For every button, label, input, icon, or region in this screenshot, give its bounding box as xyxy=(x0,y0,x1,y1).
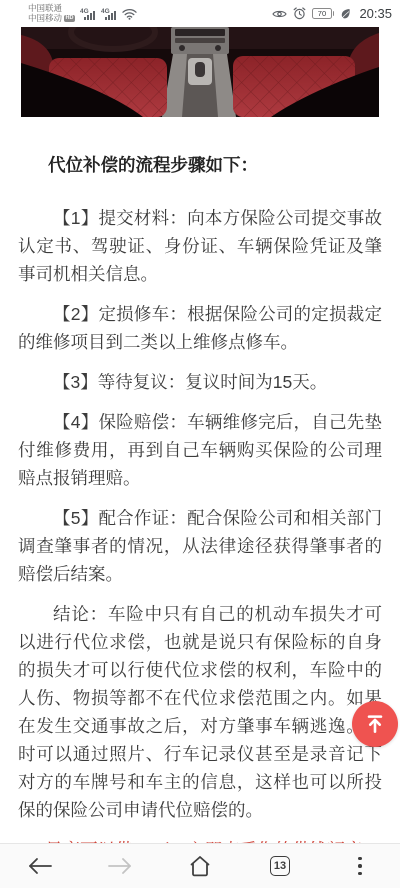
tab-count: 13 xyxy=(274,860,286,872)
alarm-clock-icon xyxy=(293,7,306,20)
more-menu-button[interactable] xyxy=(330,844,390,888)
status-time: 20:35 xyxy=(359,6,392,21)
article-heading: 代位补偿的流程步骤如下： xyxy=(18,151,382,179)
tabs-button[interactable]: 13 xyxy=(250,844,310,888)
back-icon xyxy=(27,857,53,875)
step-paragraph-2: 【2】定损修车：根据保险公司的定损裁定的维修项目到二类以上维修点修车。 xyxy=(18,300,382,356)
signal-bars-icon: 4G xyxy=(101,7,117,21)
carrier-labels: 中国联通 中国移动 HD xyxy=(28,4,75,23)
network-type-label: 4G xyxy=(101,8,110,15)
step-paragraph-5: 【5】配合作证：配合保险公司和相关部门调查肇事者的情况，从法律途径获得肇事者的赔… xyxy=(18,504,382,588)
battery-level: 70 xyxy=(318,9,326,18)
home-icon xyxy=(188,855,212,877)
tabs-icon: 13 xyxy=(270,856,290,876)
more-icon xyxy=(358,857,362,876)
leaf-icon xyxy=(340,8,351,20)
wifi-icon xyxy=(122,8,137,20)
status-bar: 中国联通 中国移动 HD 4G 4G xyxy=(0,0,400,27)
step-paragraph-3: 【3】等待复议：复议时间为15天。 xyxy=(18,368,382,396)
hero-image xyxy=(21,27,379,117)
step-paragraph-4: 【4】保险赔偿：车辆维修完后，自己先垫付维修费用，再到自己车辆购买保险的公司理赔… xyxy=(18,408,382,492)
back-to-top-button[interactable] xyxy=(352,701,398,747)
battery-icon: 70 xyxy=(312,8,335,19)
back-button[interactable] xyxy=(10,844,70,888)
step-paragraph-1: 【1】提交材料：向本方保险公司提交事故认定书、驾驶证、身份证、车辆保险凭证及肇事… xyxy=(18,204,382,288)
signal-bars-icon: 4G xyxy=(80,7,96,21)
eye-icon xyxy=(272,9,287,19)
back-to-top-arrow-icon xyxy=(362,711,388,737)
article-body: 代位补偿的流程步骤如下： 【1】提交材料：向本方保险公司提交事故认定书、驾驶证、… xyxy=(0,117,400,864)
carrier-2: 中国移动 xyxy=(28,14,62,24)
forward-button[interactable] xyxy=(90,844,150,888)
network-type-label: 4G xyxy=(80,8,89,15)
hd-badge: HD xyxy=(64,15,75,22)
home-button[interactable] xyxy=(170,844,230,888)
conclusion-paragraph: 结论：车险中只有自己的机动车损失才可以进行代位求偿，也就是说只有保险标的自身的损… xyxy=(18,600,382,824)
forward-icon xyxy=(107,857,133,875)
browser-nav-bar: 13 xyxy=(0,843,400,888)
